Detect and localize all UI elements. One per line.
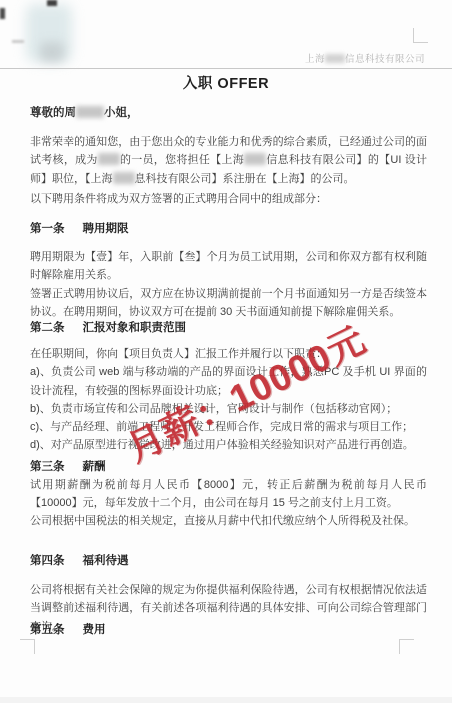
section-3-number: 第三条 [30,461,65,473]
section-1-heading: 第一条聘用期限 [30,220,427,238]
intro-paragraph: 非常荣幸的通知您，由于您出众的专业能力和优秀的综合素质，已经通过公司的面试考核，… [30,133,427,188]
greeting-line: 尊敬的周小姐， [30,104,427,122]
section-2-line: 在任职期间，你向【项目负责人】汇报工作并履行以下职责： [30,345,427,363]
lead-in-line: 以下聘用条件将成为双方签署的正式聘用合同中的组成部分： [30,190,427,208]
section-2-number: 第二条 [30,322,65,334]
document-title: 入职 OFFER [0,72,452,93]
section-2-line: a)、负责公司 web 端与移动端的产品的界面设计工作，熟悉PC 及手机 UI … [30,363,427,400]
section-5-number: 第五条 [30,624,65,636]
intro-text-segment: 的一员，您将担任【上海 [120,154,244,166]
section-1-body: 聘用期限为【壹】年，入职前【叁】个月为员工试用期，公司和你双方都有权利随时解除雇… [30,248,427,321]
photo-artifact-speck [0,8,5,19]
greeting-post: 小姐， [104,107,139,119]
company-redaction [113,172,135,184]
company-redaction [98,153,120,165]
company-name-suffix: 信息科技有限公司 [345,54,425,65]
header-divider-line [0,68,452,69]
section-2-title: 汇报对象和职责范围 [83,322,187,334]
section-4-title: 福利待遇 [83,555,129,567]
section-3-salary-line: 试用期薪酬为税前每月人民币【8000】元，转正后薪酬为税前每月人民币【10000… [30,476,427,513]
recipient-name-redaction [76,106,104,118]
section-1-line: 签署正式聘用协议后，双方应在协议期满前提前一个月书面通知另一方是否续签本协议。在… [30,285,427,322]
company-redaction [244,153,266,165]
section-5-title: 费用 [83,624,106,636]
page-margin-mark-bottom-right [399,639,414,654]
section-2-line: d)、对产品原型进行视觉改进，通过用户体验相关经验知识对产品进行再创造。 [30,436,427,454]
section-2-line: b)、负责市场宣传和公司品牌相关设计，官网设计与制作（包括移动官网）； [30,400,427,418]
section-4-heading: 第四条福利待遇 [30,552,427,570]
company-name-header: 上海信息科技有限公司 [0,51,425,65]
section-4-number: 第四条 [30,555,65,567]
section-2-heading: 第二条汇报对象和职责范围 [30,319,427,337]
company-name-redaction [325,54,345,63]
intro-text-segment: 息科技有限公司】系注册在【上海】的公司。 [135,173,355,185]
section-5-heading: 第五条费用 [30,621,427,639]
greeting-pre: 尊敬的周 [30,107,76,119]
section-2-line: c)、与产品经理、前端工程师、开发工程师合作，完成日常的需求与项目工作； [30,418,427,436]
section-1-line: 聘用期限为【壹】年，入职前【叁】个月为员工试用期，公司和你双方都有权利随时解除雇… [30,248,427,285]
offer-letter-page: { "header": { "company_prefix": "上海", "c… [0,0,452,703]
section-3-tax-line: 公司根据中国税法的相关规定，直接从月薪中代扣代缴应纳个人所得税及社保。 [30,512,427,530]
company-name-prefix: 上海 [305,54,325,65]
photo-artifact-speck [47,0,57,6]
photo-artifact-dash [12,40,24,43]
section-1-title: 聘用期限 [83,223,129,235]
page-margin-mark-bottom-left [20,639,35,654]
photo-bottom-edge [0,697,452,703]
section-2-body: 在任职期间，你向【项目负责人】汇报工作并履行以下职责： a)、负责公司 web … [30,345,427,455]
section-1-number: 第一条 [30,223,65,235]
section-3-heading: 第三条薪酬 [30,458,427,476]
section-3-title: 薪酬 [83,461,106,473]
page-margin-mark-top-right [413,28,428,43]
